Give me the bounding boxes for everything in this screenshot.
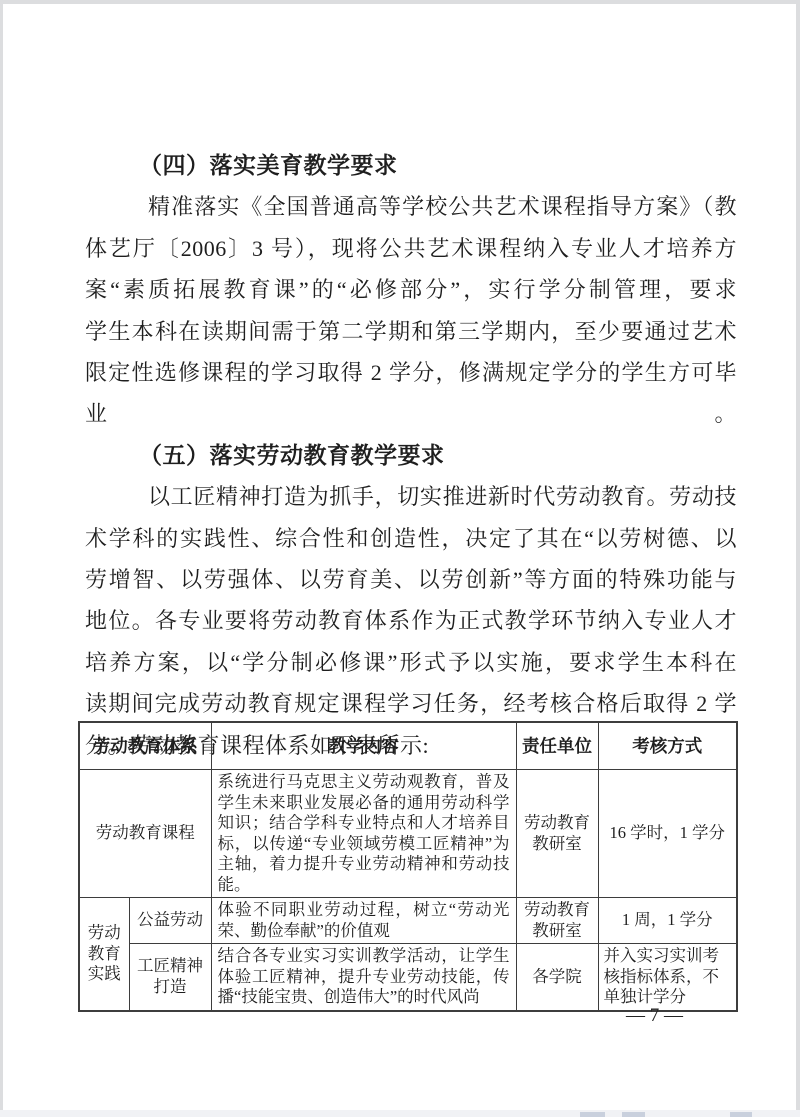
cell-practice-content1: 体验不同职业劳动过程，树立“劳动光荣、勤俭奉献”的价值观 (211, 898, 516, 944)
paragraph-line: 精准落实《全国普通高等学校公共艺术课程指导方案》（教 (85, 186, 737, 227)
section-heading-5: （五）落实劳动教育教学要求 (85, 435, 737, 476)
cell-practice-category: 劳动教育实践 (79, 898, 129, 1011)
document-body: （四）落实美育教学要求 精准落实《全国普通高等学校公共艺术课程指导方案》（教 体… (85, 145, 737, 766)
paragraph-line: 地位。各专业要将劳动教育体系作为正式教学环节纳入专业人才 (85, 600, 737, 641)
paragraph-line: 读期间完成劳动教育规定课程学习任务，经考核合格后取得 2 学 (85, 683, 737, 724)
cell-course-assess: 16 学时，1 学分 (598, 770, 737, 898)
next-page-fragment (622, 1112, 645, 1117)
document-page: （四）落实美育教学要求 精准落实《全国普通高等学校公共艺术课程指导方案》（教 体… (3, 4, 796, 1110)
next-page-fragment (730, 1112, 752, 1117)
cell-course-system: 劳动教育课程 (79, 770, 211, 898)
cell-practice-sub2: 工匠精神打造 (129, 944, 211, 1011)
cell-practice-unit2: 各学院 (516, 944, 598, 1011)
paragraph-line: 案“素质拓展教育课”的“必修部分”，实行学分制管理，要求 (85, 269, 737, 310)
paragraph-line: 劳增智、以劳强体、以劳育美、以劳创新”等方面的特殊功能与 (85, 559, 737, 600)
cell-practice-assess2: 并入实习实训考核指标体系，不单独计学分 (598, 944, 737, 1011)
paragraph-line: 限定性选修课程的学习取得 2 学分，修满规定学分的学生方可毕业。 (85, 352, 737, 435)
table-header-row: 劳动教育体系 教学内容 责任单位 考核方式 (79, 722, 737, 770)
header-cell-content: 教学内容 (211, 722, 516, 770)
section-heading-4: （四）落实美育教学要求 (85, 145, 737, 186)
cell-practice-unit1: 劳动教育教研室 (516, 898, 598, 944)
cell-practice-content2: 结合各专业实习实训教学活动，让学生体验工匠精神，提升专业劳动技能，传播“技能宝贵… (211, 944, 516, 1011)
paragraph-line: 学生本科在读期间需于第二学期和第三学期内，至少要通过艺术 (85, 311, 737, 352)
paragraph-line: 体艺厅〔2006〕3 号），现将公共艺术课程纳入专业人才培养方 (85, 228, 737, 269)
header-cell-unit: 责任单位 (516, 722, 598, 770)
paragraph-line: 培养方案，以“学分制必修课”形式予以实施，要求学生本科在 (85, 642, 737, 683)
cell-practice-sub1: 公益劳动 (129, 898, 211, 944)
labor-education-table: 劳动教育体系 教学内容 责任单位 考核方式 劳动教育课程 系统进行马克思主义劳动… (78, 721, 736, 1012)
cell-practice-assess1: 1 周，1 学分 (598, 898, 737, 944)
table-row: 工匠精神打造 结合各专业实习实训教学活动，让学生体验工匠精神，提升专业劳动技能，… (79, 944, 737, 1011)
table-row: 劳动教育课程 系统进行马克思主义劳动观教育，普及学生未来职业发展必备的通用劳动科… (79, 770, 737, 898)
next-page-gap (0, 1110, 800, 1117)
paragraph-line: 术学科的实践性、综合性和创造性，决定了其在“以劳树德、以 (85, 518, 737, 559)
header-cell-assess: 考核方式 (598, 722, 737, 770)
page-number: — 7 — (85, 1005, 737, 1027)
paragraph-line: 以工匠精神打造为抓手，切实推进新时代劳动教育。劳动技 (85, 476, 737, 517)
cell-course-unit: 劳动教育教研室 (516, 770, 598, 898)
next-page-fragment (580, 1112, 605, 1117)
header-cell-system: 劳动教育体系 (79, 722, 211, 770)
table-row: 劳动教育实践 公益劳动 体验不同职业劳动过程，树立“劳动光荣、勤俭奉献”的价值观… (79, 898, 737, 944)
cell-course-content: 系统进行马克思主义劳动观教育，普及学生未来职业发展必备的通用劳动科学知识；结合学… (211, 770, 516, 898)
